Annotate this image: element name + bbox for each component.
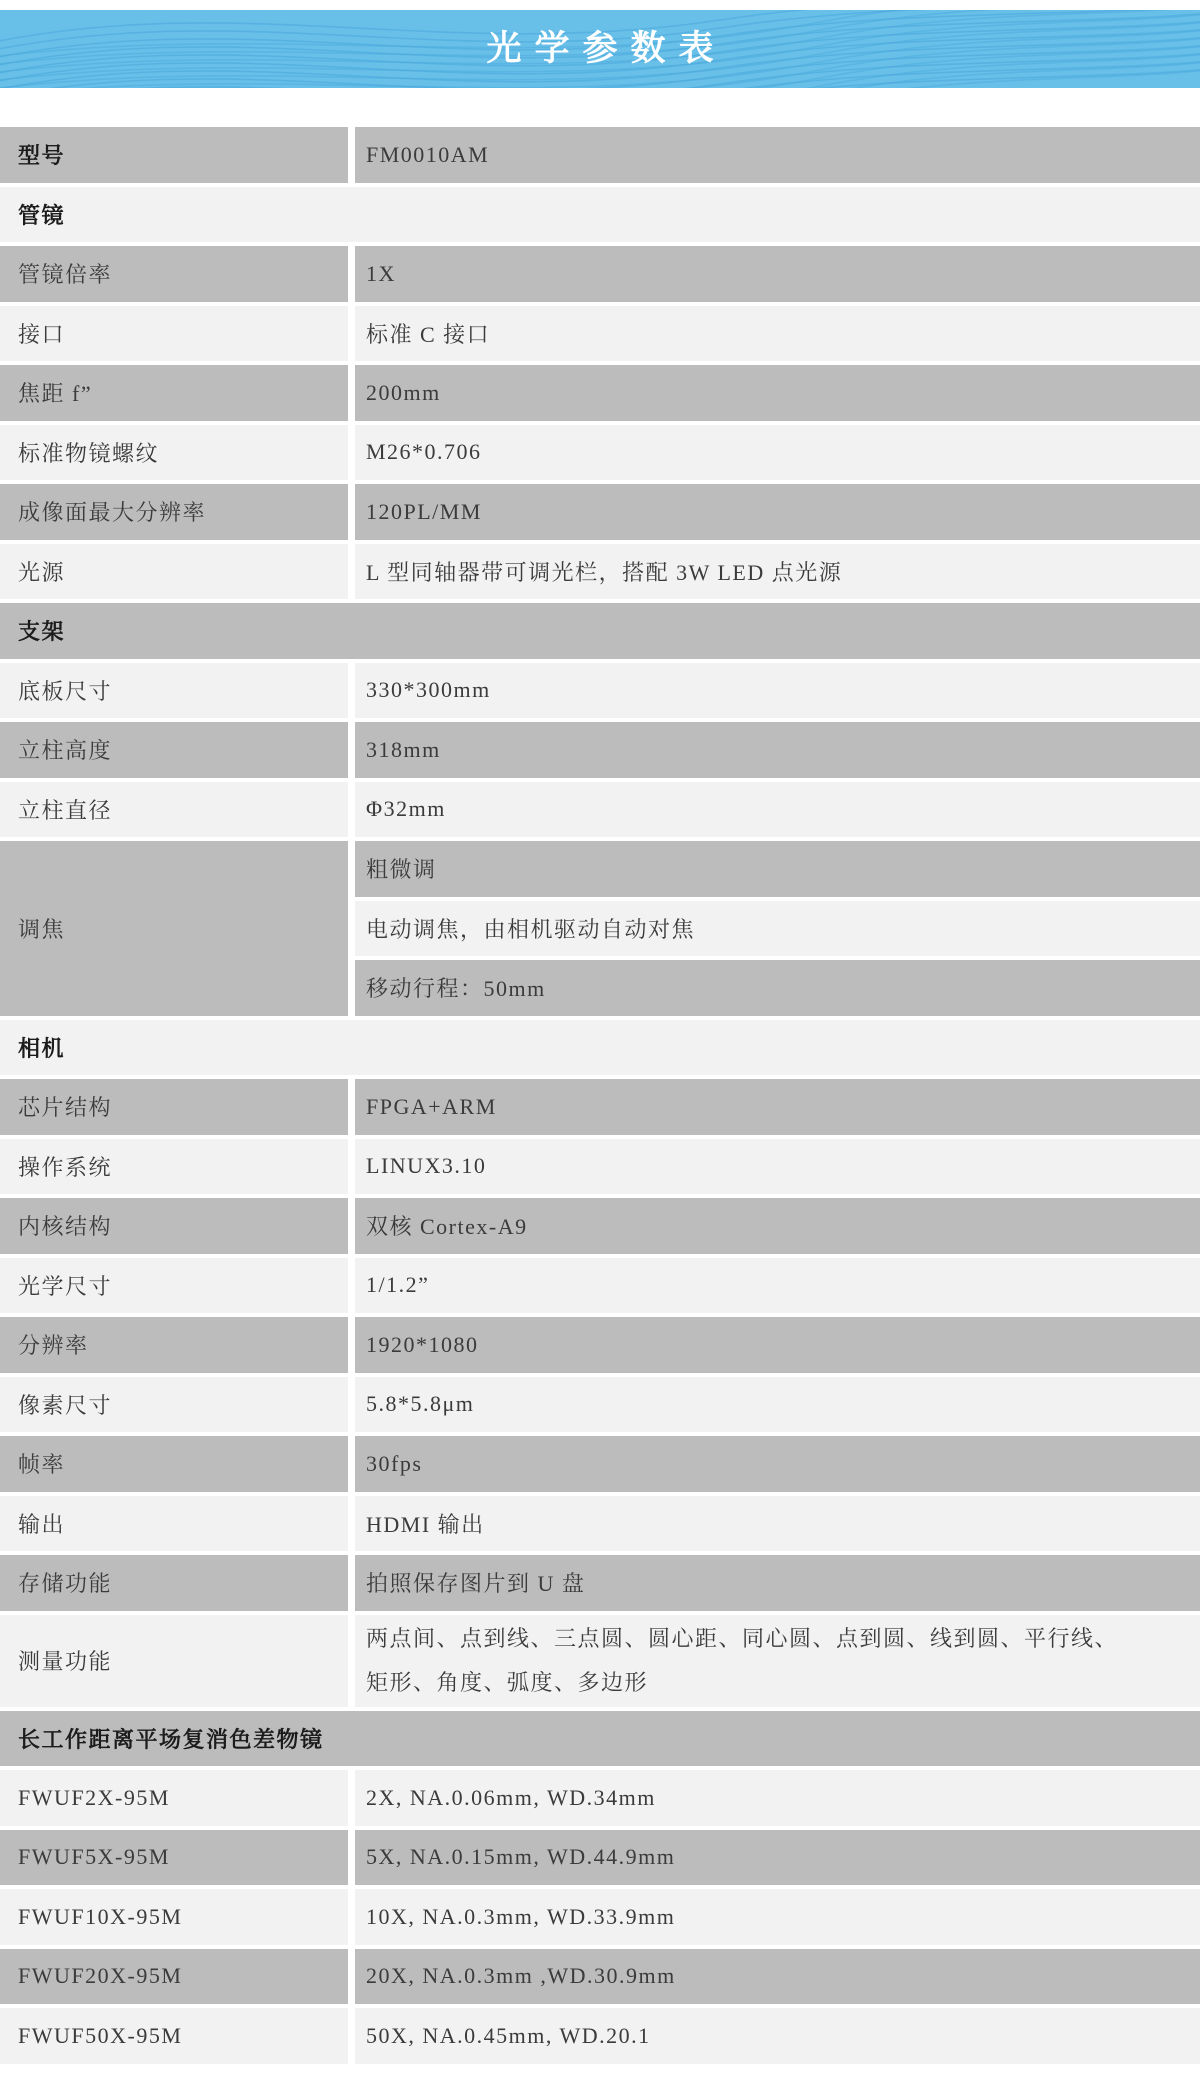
spec-value: 330*300mm: [355, 663, 1200, 719]
spec-subvalue: 电动调焦，由相机驱动自动对焦: [355, 901, 1200, 957]
page-title: 光学参数表: [0, 10, 1200, 88]
spec-label: 存储功能: [0, 1555, 348, 1611]
spec-value: FPGA+ARM: [355, 1079, 1200, 1135]
spec-label: 分辨率: [0, 1317, 348, 1373]
spec-row: 像素尺寸5.8*5.8μm: [0, 1377, 1200, 1433]
spec-label: 内核结构: [0, 1198, 348, 1254]
spec-label: 调焦: [0, 841, 348, 1016]
spec-row-merged: 调焦粗微调电动调焦，由相机驱动自动对焦移动行程：50mm: [0, 841, 1200, 1016]
spec-value: 拍照保存图片到 U 盘: [355, 1555, 1200, 1611]
spec-label: 立柱直径: [0, 782, 348, 838]
spec-label: 底板尺寸: [0, 663, 348, 719]
spec-label: 像素尺寸: [0, 1377, 348, 1433]
spec-row: 接口标准 C 接口: [0, 306, 1200, 362]
spec-subvalues: 粗微调电动调焦，由相机驱动自动对焦移动行程：50mm: [355, 841, 1200, 1016]
section-row: 管镜: [0, 187, 1200, 243]
spec-label: FWUF20X-95M: [0, 1949, 348, 2005]
spec-row: 型号FM0010AM: [0, 127, 1200, 183]
spec-row: 立柱直径Φ32mm: [0, 782, 1200, 838]
spec-label: 标准物镜螺纹: [0, 425, 348, 481]
spec-row: 光学尺寸1/1.2”: [0, 1258, 1200, 1314]
spec-value: 2X, NA.0.06mm, WD.34mm: [355, 1770, 1200, 1826]
spec-label: 接口: [0, 306, 348, 362]
spec-value: 120PL/MM: [355, 484, 1200, 540]
spec-label: 立柱高度: [0, 722, 348, 778]
spec-value: 两点间、点到线、三点圆、圆心距、同心圆、点到圆、线到圆、平行线、 矩形、角度、弧…: [355, 1615, 1200, 1707]
header-banner: 光学参数表: [0, 10, 1200, 88]
section-row: 支架: [0, 603, 1200, 659]
spec-row: FWUF10X-95M10X, NA.0.3mm, WD.33.9mm: [0, 1889, 1200, 1945]
spec-row: 芯片结构FPGA+ARM: [0, 1079, 1200, 1135]
spec-label: FWUF10X-95M: [0, 1889, 348, 1945]
section-title: 支架: [0, 603, 1200, 659]
spec-subvalue: 粗微调: [355, 841, 1200, 897]
spec-label: FWUF5X-95M: [0, 1830, 348, 1886]
spec-label: 芯片结构: [0, 1079, 348, 1135]
spec-value: 20X, NA.0.3mm ,WD.30.9mm: [355, 1949, 1200, 2005]
spec-row: 存储功能拍照保存图片到 U 盘: [0, 1555, 1200, 1611]
spec-value: 318mm: [355, 722, 1200, 778]
spec-value: 双核 Cortex-A9: [355, 1198, 1200, 1254]
spec-value: M26*0.706: [355, 425, 1200, 481]
spec-row: 内核结构双核 Cortex-A9: [0, 1198, 1200, 1254]
section-title: 相机: [0, 1020, 1200, 1076]
spec-row: 立柱高度318mm: [0, 722, 1200, 778]
spec-label: 管镜倍率: [0, 246, 348, 302]
spec-row: 管镜倍率1X: [0, 246, 1200, 302]
spec-label: 测量功能: [0, 1615, 348, 1707]
spec-value: 200mm: [355, 365, 1200, 421]
spec-row: 输出HDMI 输出: [0, 1496, 1200, 1552]
spec-row: 焦距 f”200mm: [0, 365, 1200, 421]
spec-row: 底板尺寸330*300mm: [0, 663, 1200, 719]
spec-label: 操作系统: [0, 1139, 348, 1195]
spec-label: FWUF50X-95M: [0, 2008, 348, 2064]
spec-value: 1X: [355, 246, 1200, 302]
spec-row: 帧率30fps: [0, 1436, 1200, 1492]
spec-label: 光学尺寸: [0, 1258, 348, 1314]
spec-value: 30fps: [355, 1436, 1200, 1492]
spec-value: 1/1.2”: [355, 1258, 1200, 1314]
spec-subvalue: 移动行程：50mm: [355, 960, 1200, 1016]
spec-value: 5X, NA.0.15mm, WD.44.9mm: [355, 1830, 1200, 1886]
spec-label: 型号: [0, 127, 348, 183]
spec-row: 分辨率1920*1080: [0, 1317, 1200, 1373]
section-title: 长工作距离平场复消色差物镜: [0, 1711, 1200, 1767]
spec-value: L 型同轴器带可调光栏，搭配 3W LED 点光源: [355, 544, 1200, 600]
spec-row: FWUF20X-95M20X, NA.0.3mm ,WD.30.9mm: [0, 1949, 1200, 2005]
section-title: 管镜: [0, 187, 1200, 243]
spec-row: FWUF5X-95M5X, NA.0.15mm, WD.44.9mm: [0, 1830, 1200, 1886]
spec-label: 成像面最大分辨率: [0, 484, 348, 540]
spec-row: 测量功能两点间、点到线、三点圆、圆心距、同心圆、点到圆、线到圆、平行线、 矩形、…: [0, 1615, 1200, 1707]
spec-value: 10X, NA.0.3mm, WD.33.9mm: [355, 1889, 1200, 1945]
section-row: 长工作距离平场复消色差物镜: [0, 1711, 1200, 1767]
spec-value: 1920*1080: [355, 1317, 1200, 1373]
spec-row: 操作系统LINUX3.10: [0, 1139, 1200, 1195]
spec-value: 5.8*5.8μm: [355, 1377, 1200, 1433]
spec-value: 50X, NA.0.45mm, WD.20.1: [355, 2008, 1200, 2064]
section-row: 相机: [0, 1020, 1200, 1076]
spec-label: 输出: [0, 1496, 348, 1552]
spec-row: FWUF2X-95M2X, NA.0.06mm, WD.34mm: [0, 1770, 1200, 1826]
spec-label: 帧率: [0, 1436, 348, 1492]
spec-row: 成像面最大分辨率120PL/MM: [0, 484, 1200, 540]
spec-label: 光源: [0, 544, 348, 600]
spec-value: LINUX3.10: [355, 1139, 1200, 1195]
spec-row: 标准物镜螺纹M26*0.706: [0, 425, 1200, 481]
spec-value: 标准 C 接口: [355, 306, 1200, 362]
spec-label: 焦距 f”: [0, 365, 348, 421]
spec-row: FWUF50X-95M50X, NA.0.45mm, WD.20.1: [0, 2008, 1200, 2064]
spec-value: FM0010AM: [355, 127, 1200, 183]
spec-value: HDMI 输出: [355, 1496, 1200, 1552]
spec-value: Φ32mm: [355, 782, 1200, 838]
spec-label: FWUF2X-95M: [0, 1770, 348, 1826]
spec-row: 光源L 型同轴器带可调光栏，搭配 3W LED 点光源: [0, 544, 1200, 600]
spec-table: 型号FM0010AM管镜管镜倍率1X接口标准 C 接口焦距 f”200mm标准物…: [0, 127, 1200, 2064]
